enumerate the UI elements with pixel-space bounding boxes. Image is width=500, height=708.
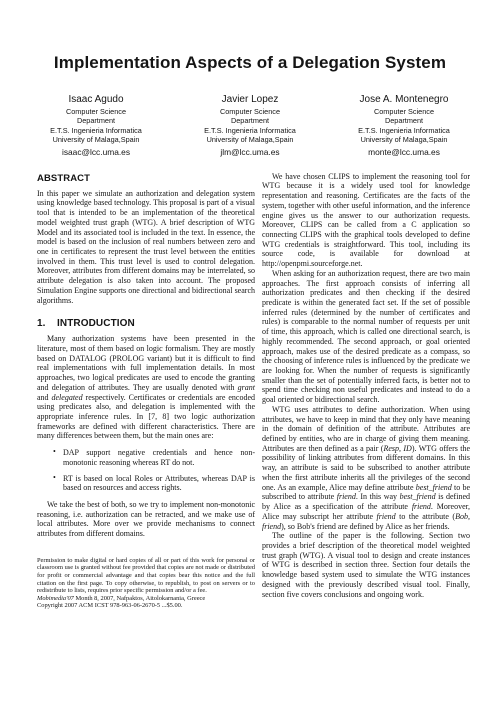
author-1: Isaac Agudo Computer Science Department … <box>23 94 169 157</box>
bullet-item: •RT is based on local Roles or Attribute… <box>53 474 255 493</box>
right-column: We have chosen CLIPS to implement the re… <box>262 172 470 610</box>
paper-page: Implementation Aspects of a Delegation S… <box>0 0 500 708</box>
section-number: 1. <box>37 318 51 329</box>
author-name: Isaac Agudo <box>23 94 169 105</box>
author-affiliation-line: Department <box>23 116 169 125</box>
paper-title: Implementation Aspects of a Delegation S… <box>30 54 470 73</box>
abstract-heading: ABSTRACT <box>37 173 255 184</box>
body-paragraph: When asking for an authorization request… <box>262 269 470 405</box>
author-affiliation-line: Department <box>331 116 477 125</box>
author-affiliation-line: University of Malaga,Spain <box>331 135 477 144</box>
bullet-text: DAP support negative credentials and hen… <box>63 448 255 467</box>
author-block: Isaac Agudo Computer Science Department … <box>0 94 500 157</box>
author-2: Javier Lopez Computer Science Department… <box>177 94 323 157</box>
bullet-icon: • <box>53 473 56 483</box>
author-affiliation-line: Department <box>177 116 323 125</box>
author-name: Javier Lopez <box>177 94 323 105</box>
author-email: isaac@lcc.uma.es <box>23 147 169 157</box>
intro-paragraph-2: We take the best of both, so we try to i… <box>37 500 255 539</box>
author-email: jlm@lcc.uma.es <box>177 147 323 157</box>
intro-paragraph-1: Many authorization systems have been pre… <box>37 334 255 441</box>
author-affiliation-line: University of Malaga,Spain <box>177 135 323 144</box>
author-affiliation-line: Computer Science <box>177 107 323 116</box>
conference-line: Mobimedia'07 Month 8, 2007, Nafpaktos, A… <box>37 595 255 603</box>
author-3: Jose A. Montenegro Computer Science Depa… <box>331 94 477 157</box>
copyright-line: Copyright 2007 ACM ICST 978-963-06-2670-… <box>37 602 255 610</box>
section-title: INTRODUCTION <box>57 318 135 329</box>
section-heading-introduction: 1.INTRODUCTION <box>37 318 255 329</box>
left-column: ABSTRACT In this paper we simulate an au… <box>37 172 255 610</box>
body-paragraph: WTG uses attributes to define authorizat… <box>262 405 470 531</box>
author-affiliation-line: E.T.S. Ingenieria Informatica <box>23 126 169 135</box>
bullet-text: RT is based on local Roles or Attributes… <box>63 474 255 493</box>
author-affiliation-line: University of Malaga,Spain <box>23 135 169 144</box>
author-affiliation-line: Computer Science <box>331 107 477 116</box>
bullet-item: •DAP support negative credentials and he… <box>53 448 255 467</box>
body-paragraph: We have chosen CLIPS to implement the re… <box>262 172 470 269</box>
abstract-text: In this paper we simulate an authorizati… <box>37 189 255 306</box>
permission-notice: Permission to make digital or hard copie… <box>37 557 255 595</box>
author-affiliation-line: Computer Science <box>23 107 169 116</box>
author-affiliation-line: E.T.S. Ingenieria Informatica <box>331 126 477 135</box>
author-name: Jose A. Montenegro <box>331 94 477 105</box>
author-email: monte@lcc.uma.es <box>331 147 477 157</box>
two-column-body: ABSTRACT In this paper we simulate an au… <box>37 172 470 610</box>
copyright-footnote: Permission to make digital or hard copie… <box>37 557 255 610</box>
author-affiliation-line: E.T.S. Ingenieria Informatica <box>177 126 323 135</box>
bullet-icon: • <box>53 447 56 457</box>
intro-bullet-list: •DAP support negative credentials and he… <box>37 448 255 493</box>
body-paragraph: The outline of the paper is the followin… <box>262 531 470 599</box>
